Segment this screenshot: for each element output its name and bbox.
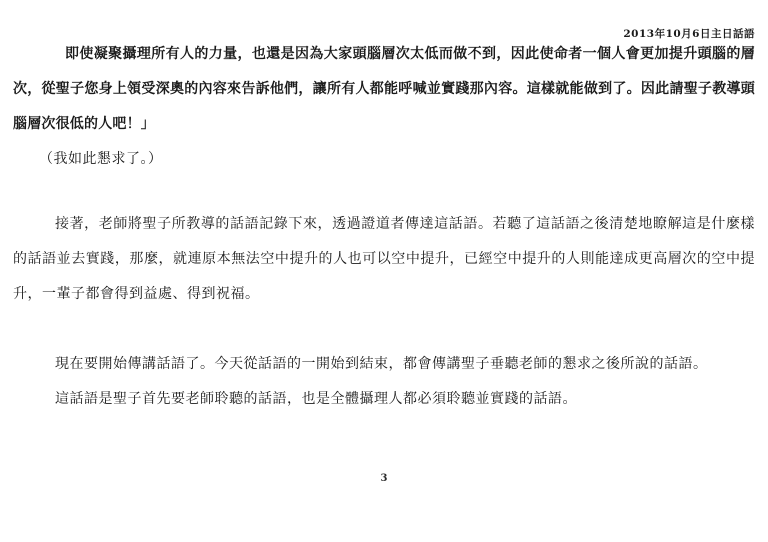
document-body: 即使凝聚攝理所有人的力量，也還是因為大家頭腦層次太低而做不到，因此使命者一個人會…	[13, 37, 755, 417]
page-number: 3	[0, 473, 768, 484]
paragraph-body-2: 現在要開始傳講話語了。今天從話語的一開始到結束，都會傳講聖子垂聽老師的懇求之後所…	[13, 347, 755, 382]
paragraph-body-1: 接著，老師將聖子所教導的話語記錄下來，透過證道者傳達這話語。若聽了這話語之後清楚…	[13, 207, 755, 312]
paragraph-body-3: 這話語是聖子首先要老師聆聽的話語，也是全體攝理人都必須聆聽並實踐的話語。	[13, 382, 755, 417]
document-page: 2013年10月6日主日話語 即使凝聚攝理所有人的力量，也還是因為大家頭腦層次太…	[0, 0, 768, 542]
paragraph-aside: （我如此懇求了。）	[13, 142, 755, 177]
paragraph-bold-quote: 即使凝聚攝理所有人的力量，也還是因為大家頭腦層次太低而做不到，因此使命者一個人會…	[13, 37, 755, 142]
